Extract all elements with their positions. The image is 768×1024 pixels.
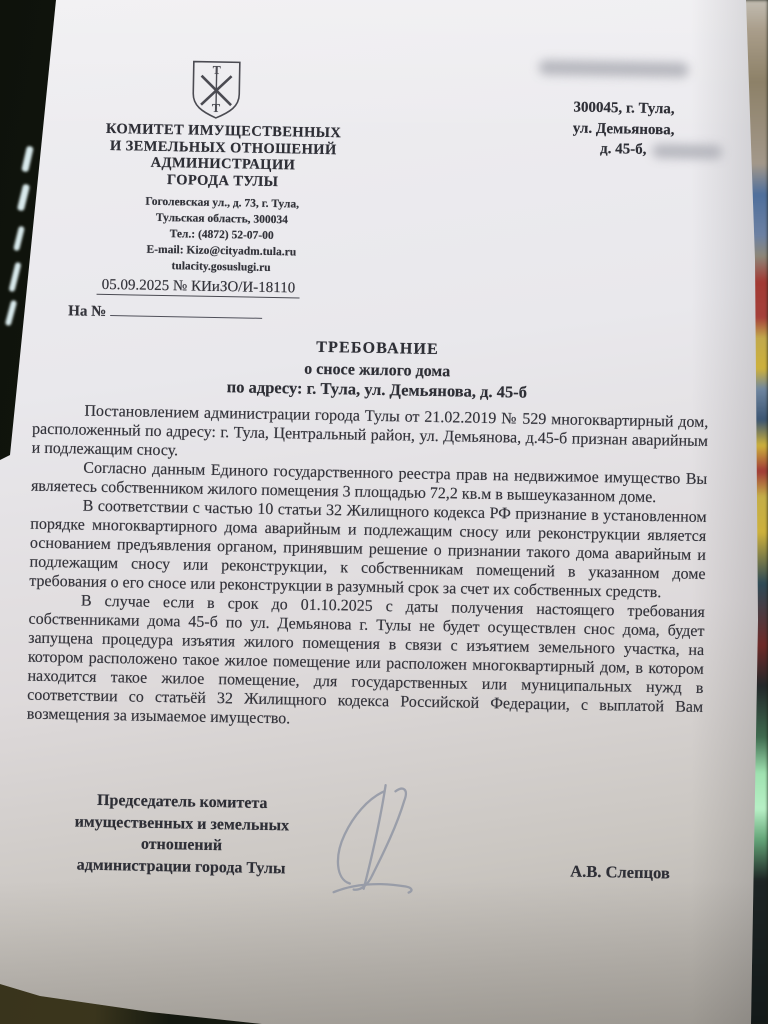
emblem-letter-top: Т xyxy=(213,63,221,77)
incoming-reference-label: На № xyxy=(68,303,106,320)
signatory-position: Председатель комитета имущественных и зе… xyxy=(42,789,322,880)
signatory-name: А.В. Слепцов xyxy=(544,861,696,884)
document-paragraph: В случае если в срок до 01.10.2025 с дат… xyxy=(27,591,705,736)
document-content: Т Т КОМИТЕТ ИМУЩЕСТВЕННЫХ И ЗЕМЕЛЬНЫХ ОТ… xyxy=(0,0,768,1024)
photo-of-document: Т Т КОМИТЕТ ИМУЩЕСТВЕННЫХ И ЗЕМЕЛЬНЫХ ОТ… xyxy=(0,0,768,1024)
recipient-address-line: д. 45-б, xyxy=(537,138,709,162)
handwritten-signature xyxy=(305,782,427,904)
incoming-reference-line: На № xyxy=(68,301,262,324)
redacted-recipient-name xyxy=(539,60,689,78)
emblem-letter-bottom: Т xyxy=(212,101,220,115)
signatory-position-line: администрации города Тулы xyxy=(42,853,320,880)
document-body: Постановлением администрации города Тулы… xyxy=(27,401,709,736)
outgoing-reference-number: 05.09.2025 № КИиЗО/И-18110 xyxy=(97,277,301,298)
incoming-reference-blank xyxy=(110,302,262,319)
document-paragraph: В соответствии с частью 10 статьи 32 Жил… xyxy=(29,496,707,603)
sender-organization-name: КОМИТЕТ ИМУЩЕСТВЕННЫХ И ЗЕМЕЛЬНЫХ ОТНОШЕ… xyxy=(67,120,380,192)
tula-coat-of-arms-icon: Т Т xyxy=(188,58,245,121)
sender-contact-details: Гоголевская ул., д. 73, г. Тула, Тульска… xyxy=(65,192,378,278)
document-title: ТРЕБОВАНИЕ о сносе жилого дома по адресу… xyxy=(77,333,678,405)
recipient-address: 300045, г. Тула, ул. Демьянова, д. 45-б, xyxy=(537,97,710,162)
